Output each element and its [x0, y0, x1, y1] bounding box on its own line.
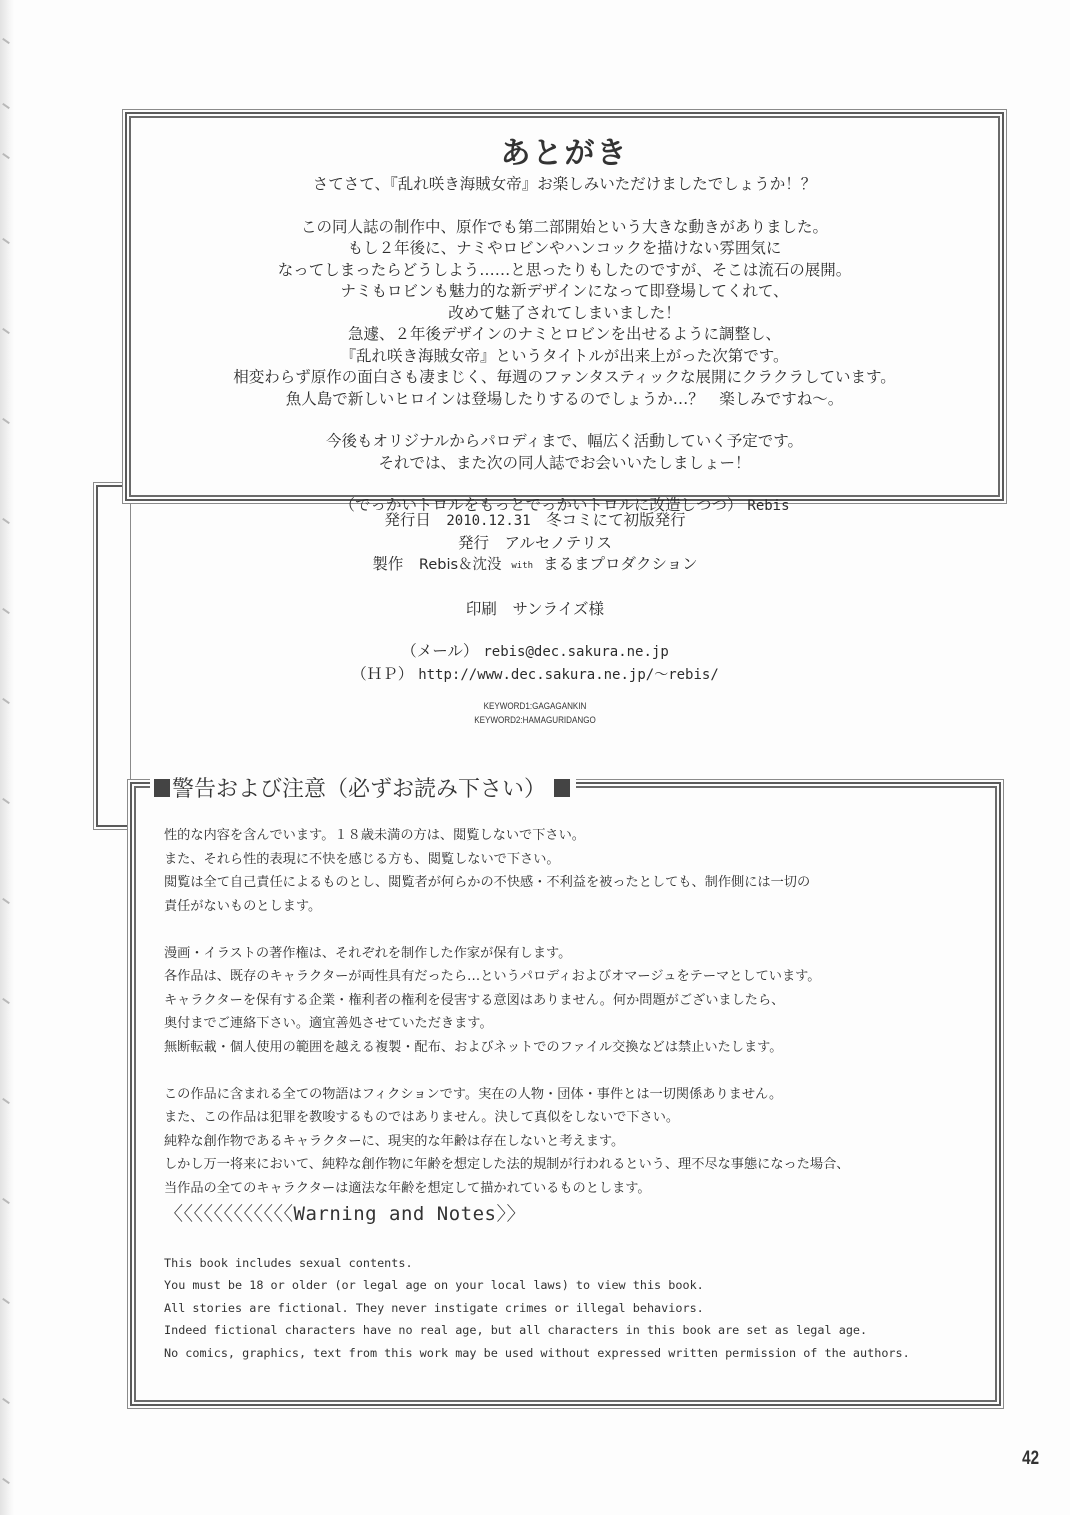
- warning-line: 奥付までご連絡下さい。適宜善処させていただきます。: [164, 1012, 964, 1036]
- warning-line: 純粋な創作物であるキャラクターに、現実的な年齢は存在しないと考えます。: [164, 1130, 964, 1154]
- printer-name: サンライズ様: [512, 600, 604, 618]
- black-square-icon: [554, 779, 570, 797]
- colophon: 発行日 2010.12.31 冬コミにて初版発行 発行 アルセノテリス 製作 R…: [0, 510, 1070, 728]
- afterword-line: 相変わらず原作の面白さも凄まじく、毎週のファンタスティックな展開にクラクラしてい…: [127, 367, 1002, 389]
- afterword-line: 『乱れ咲き海賊女帝』というタイトルが出来上がった次第です。: [127, 346, 1002, 368]
- mail-label: （メール）: [401, 642, 478, 660]
- warning-line: 責任がないものとします。: [164, 895, 964, 919]
- warning-line: 各作品は、既存のキャラクターが両性具有だったら…というパロディおよびオマージュを…: [164, 965, 964, 989]
- keyword-1: KEYWORD1:GAGAGANKIN: [80, 700, 990, 714]
- hp-row: （ＨＰ） http://www.dec.sakura.ne.jp/～rebis/: [0, 664, 1070, 687]
- production-row: 製作 Rebis＆沈没 with まるまプロダクション: [0, 554, 1070, 578]
- warning-line: 性的な内容を含んでいます。１８歳未満の方は、閲覧しないで下さい。: [164, 824, 964, 848]
- page-number: 42: [1022, 1448, 1039, 1470]
- production-label: 製作: [372, 555, 403, 573]
- warning-line: また、それら性的表現に不快を感じる方も、閲覧しないで下さい。: [164, 848, 964, 872]
- keyword-2: KEYWORD2:HAMAGURIDANGO: [80, 714, 990, 728]
- afterword-line: 急遽、２年後デザインのナミとロビンを出せるように調整し、: [127, 324, 1002, 346]
- hp-label: （ＨＰ）: [351, 665, 413, 683]
- issue-date-row: 発行日 2010.12.31 冬コミにて初版発行: [0, 510, 1070, 533]
- afterword-title: あとがき: [127, 128, 1002, 172]
- mail-address: rebis@dec.sakura.ne.jp: [483, 644, 668, 660]
- afterword-line: 改めて魅了されてしまいました！: [127, 303, 1002, 325]
- english-line: No comics, graphics, text from this work…: [164, 1342, 910, 1364]
- afterword-frame: あとがき さてさて、『乱れ咲き海賊女帝』お楽しみいただけましたでしょうか！？ こ…: [125, 112, 1004, 501]
- afterword-line: さてさて、『乱れ咲き海賊女帝』お楽しみいただけましたでしょうか！？: [127, 174, 1002, 196]
- afterword-line: ナミもロビンも魅力的な新デザインになって即登場してくれて、: [127, 281, 1002, 303]
- printer-label: 印刷: [466, 600, 497, 618]
- publisher-label: 発行: [458, 534, 489, 552]
- afterword-line: 今後もオリジナルからパロディまで、幅広く活動していく予定です。: [127, 431, 1002, 453]
- publisher-name: アルセノテリス: [505, 534, 612, 552]
- afterword-line: この同人誌の制作中、原作でも第二部開始という大きな動きがありました。: [127, 217, 1002, 239]
- issue-date: 2010.12.31: [446, 513, 530, 529]
- warning-line: この作品に含まれる全ての物語はフィクションです。実在の人物・団体・事件とは一切関…: [164, 1083, 964, 1107]
- printer-row: 印刷 サンライズ様: [0, 599, 1070, 621]
- publisher-row: 発行 アルセノテリス: [0, 533, 1070, 555]
- warning-line: また、この作品は犯罪を教唆するものではありません。決して真似をしないで下さい。: [164, 1106, 964, 1130]
- english-line: All stories are fictional. They never in…: [164, 1297, 910, 1319]
- warning-line: キャラクターを保有する企業・権利者の権利を侵害する意図はありません。何か問題がご…: [164, 989, 964, 1013]
- warning-line: 閲覧は全て自己責任によるものとし、閲覧者が何らかの不快感・不利益を被ったとしても…: [164, 871, 964, 895]
- afterword-line: なってしまったらどうしよう……と思ったりもしたのですが、そこは流石の展開。: [127, 260, 1002, 282]
- warning-heading: 警告および注意（必ずお読み下さい）: [150, 772, 576, 803]
- warning-line: 漫画・イラストの著作権は、それぞれを制作した作家が保有します。: [164, 942, 964, 966]
- english-warning-title: 〈〈〈〈〈〈〈〈〈〈〈〈Warning and Notes〉〉: [164, 1199, 526, 1226]
- afterword-body: さてさて、『乱れ咲き海賊女帝』お楽しみいただけましたでしょうか！？ この同人誌の…: [127, 174, 1002, 518]
- mail-row: （メール） rebis@dec.sakura.ne.jp: [0, 641, 1070, 664]
- production-with: with: [511, 561, 533, 571]
- english-warning-body: This book includes sexual contents. You …: [164, 1252, 910, 1364]
- english-line: Indeed fictional characters have no real…: [164, 1319, 910, 1341]
- production-authors: Rebis＆沈没: [419, 557, 502, 573]
- afterword-line: 魚人島で新しいヒロインは登場したりするのでしょうか…？ 楽しみですね～。: [127, 389, 1002, 411]
- warning-line: 当作品の全てのキャラクターは適法な年齢を想定して描かれているものとします。: [164, 1177, 964, 1201]
- issue-note: 冬コミにて初版発行: [546, 511, 686, 529]
- afterword-line: それでは、また次の同人誌でお会いいたしましょー！: [127, 453, 1002, 475]
- warning-line: 無断転載・個人使用の範囲を越える複製・配布、およびネットでのファイル交換などは禁…: [164, 1036, 964, 1060]
- scan-binding-edge: [0, 0, 14, 1515]
- english-line: You must be 18 or older (or legal age on…: [164, 1274, 910, 1296]
- hp-url: http://www.dec.sakura.ne.jp/～rebis/: [418, 667, 719, 683]
- warning-title: 警告および注意（必ずお読み下さい）: [172, 772, 546, 803]
- production-partner: まるまプロダクション: [543, 555, 698, 573]
- english-line: This book includes sexual contents.: [164, 1252, 910, 1274]
- black-square-icon: [154, 779, 170, 797]
- warning-line: しかし万一将来において、純粋な創作物に年齢を想定した法的規制が行われるという、理…: [164, 1153, 964, 1177]
- afterword-line: もし２年後に、ナミやロビンやハンコックを描けない雰囲気に: [127, 238, 1002, 260]
- warning-body: 性的な内容を含んでいます。１８歳未満の方は、閲覧しないで下さい。 また、それら性…: [164, 824, 964, 1200]
- issue-label: 発行日: [384, 511, 431, 529]
